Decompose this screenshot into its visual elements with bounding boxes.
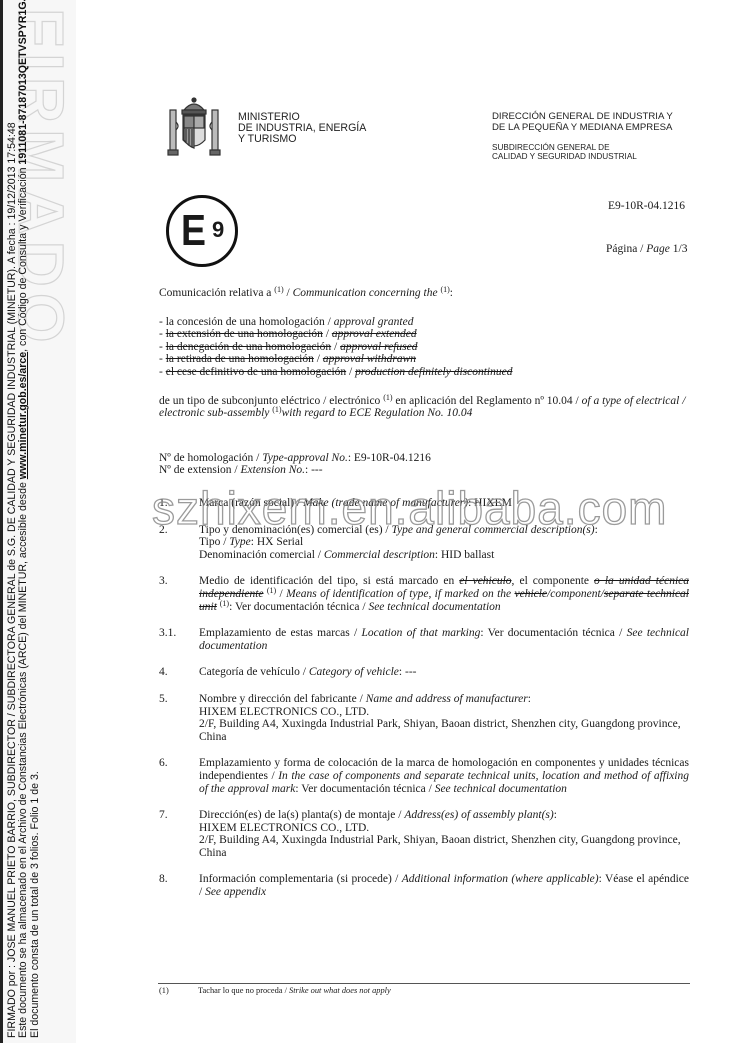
signature-sidebar: FIRMADO FIRMADO por : JOSE MANUEL PRIETO… (0, 0, 76, 1043)
alibaba-watermark: szhixem.en.alibaba.com (152, 481, 667, 535)
communication-heading: Comunicación relativa a (1) / Communicat… (159, 287, 689, 300)
option-1: - la concesión de una homologación / app… (159, 316, 689, 329)
option-5: - el cese definitivo de una homologación… (159, 366, 689, 379)
item-4: 4. Categoría de vehículo / Category of v… (159, 666, 689, 679)
option-2: - la extensión de una homologación / app… (159, 328, 689, 341)
signature-text: FIRMADO por : JOSE MANUEL PRIETO BARRIO,… (7, 8, 43, 1038)
page-indicator: Página / Page 1/3 (606, 243, 687, 255)
sidebar-edge (0, 0, 3, 1043)
ministry-name: MINISTERIO DE INDUSTRIA, ENERGÍA Y TURIS… (238, 112, 366, 145)
extension-number: Nº de extension / Extension No.: --- (159, 464, 689, 477)
plant-name: HIXEM ELECTRONICS CO., LTD. (199, 822, 689, 835)
communication-options: - la concesión de una homologación / app… (159, 316, 689, 379)
letterhead: MINISTERIO DE INDUSTRIA, ENERGÍA Y TURIS… (166, 96, 706, 166)
directorate-general: DIRECCIÓN GENERAL DE INDUSTRIA Y DE LA P… (492, 112, 673, 133)
item-3-1: 3.1. Emplazamiento de estas marcas / Loc… (159, 627, 689, 652)
approval-items: 1. Marca (razón social) / Make (trade na… (159, 497, 689, 913)
footnote-divider (158, 983, 690, 984)
type-approval-number: Nº de homologación / Type-approval No.: … (159, 452, 689, 465)
item-8: 8. Información complementaria (si proced… (159, 873, 689, 898)
item-6: 6. Emplazamiento y forma de colocación d… (159, 757, 689, 795)
subject-paragraph: de un tipo de subconjunto eléctrico / el… (159, 395, 689, 420)
verification-code: 1911081-87187013QETVSPYR1GJQ (17, 0, 29, 165)
item-5: 5. Nombre y dirección del fabricante / N… (159, 693, 689, 743)
plant-address: 2/F, Building A4, Xuxingda Industrial Pa… (199, 834, 689, 859)
commercial-description-line: Denominación comercial / Commercial desc… (199, 549, 689, 562)
option-4: - la retirada de una homologación / appr… (159, 353, 689, 366)
type-line: Tipo / Type: HX Serial (199, 536, 689, 549)
signature-line-3: El documento consta de un total de 3 fol… (30, 8, 41, 1038)
subdirectorate-general: SUBDIRECCIÓN GENERAL DE CALIDAD Y SEGURI… (492, 143, 637, 162)
manufacturer-address: 2/F, Building A4, Xuxingda Industrial Pa… (199, 718, 689, 743)
option-3: - la denegación de una homologación / ap… (159, 341, 689, 354)
reference-number: E9-10R-04.1216 (608, 200, 685, 212)
footnote: (1) Tachar lo que no proceda / Strike ou… (159, 986, 391, 995)
item-7: 7. Dirección(es) de la(s) planta(s) de m… (159, 809, 689, 859)
arce-link[interactable]: www.minetur.gob.es/arce (17, 352, 29, 479)
document-body: Comunicación relativa a (1) / Communicat… (159, 287, 689, 477)
spanish-coat-of-arms-icon (166, 96, 222, 162)
manufacturer-name: HIXEM ELECTRONICS CO., LTD. (199, 706, 689, 719)
item-3: 3. Medio de identificación del tipo, si … (159, 575, 689, 613)
e9-approval-mark-icon: E 9 (166, 195, 238, 267)
